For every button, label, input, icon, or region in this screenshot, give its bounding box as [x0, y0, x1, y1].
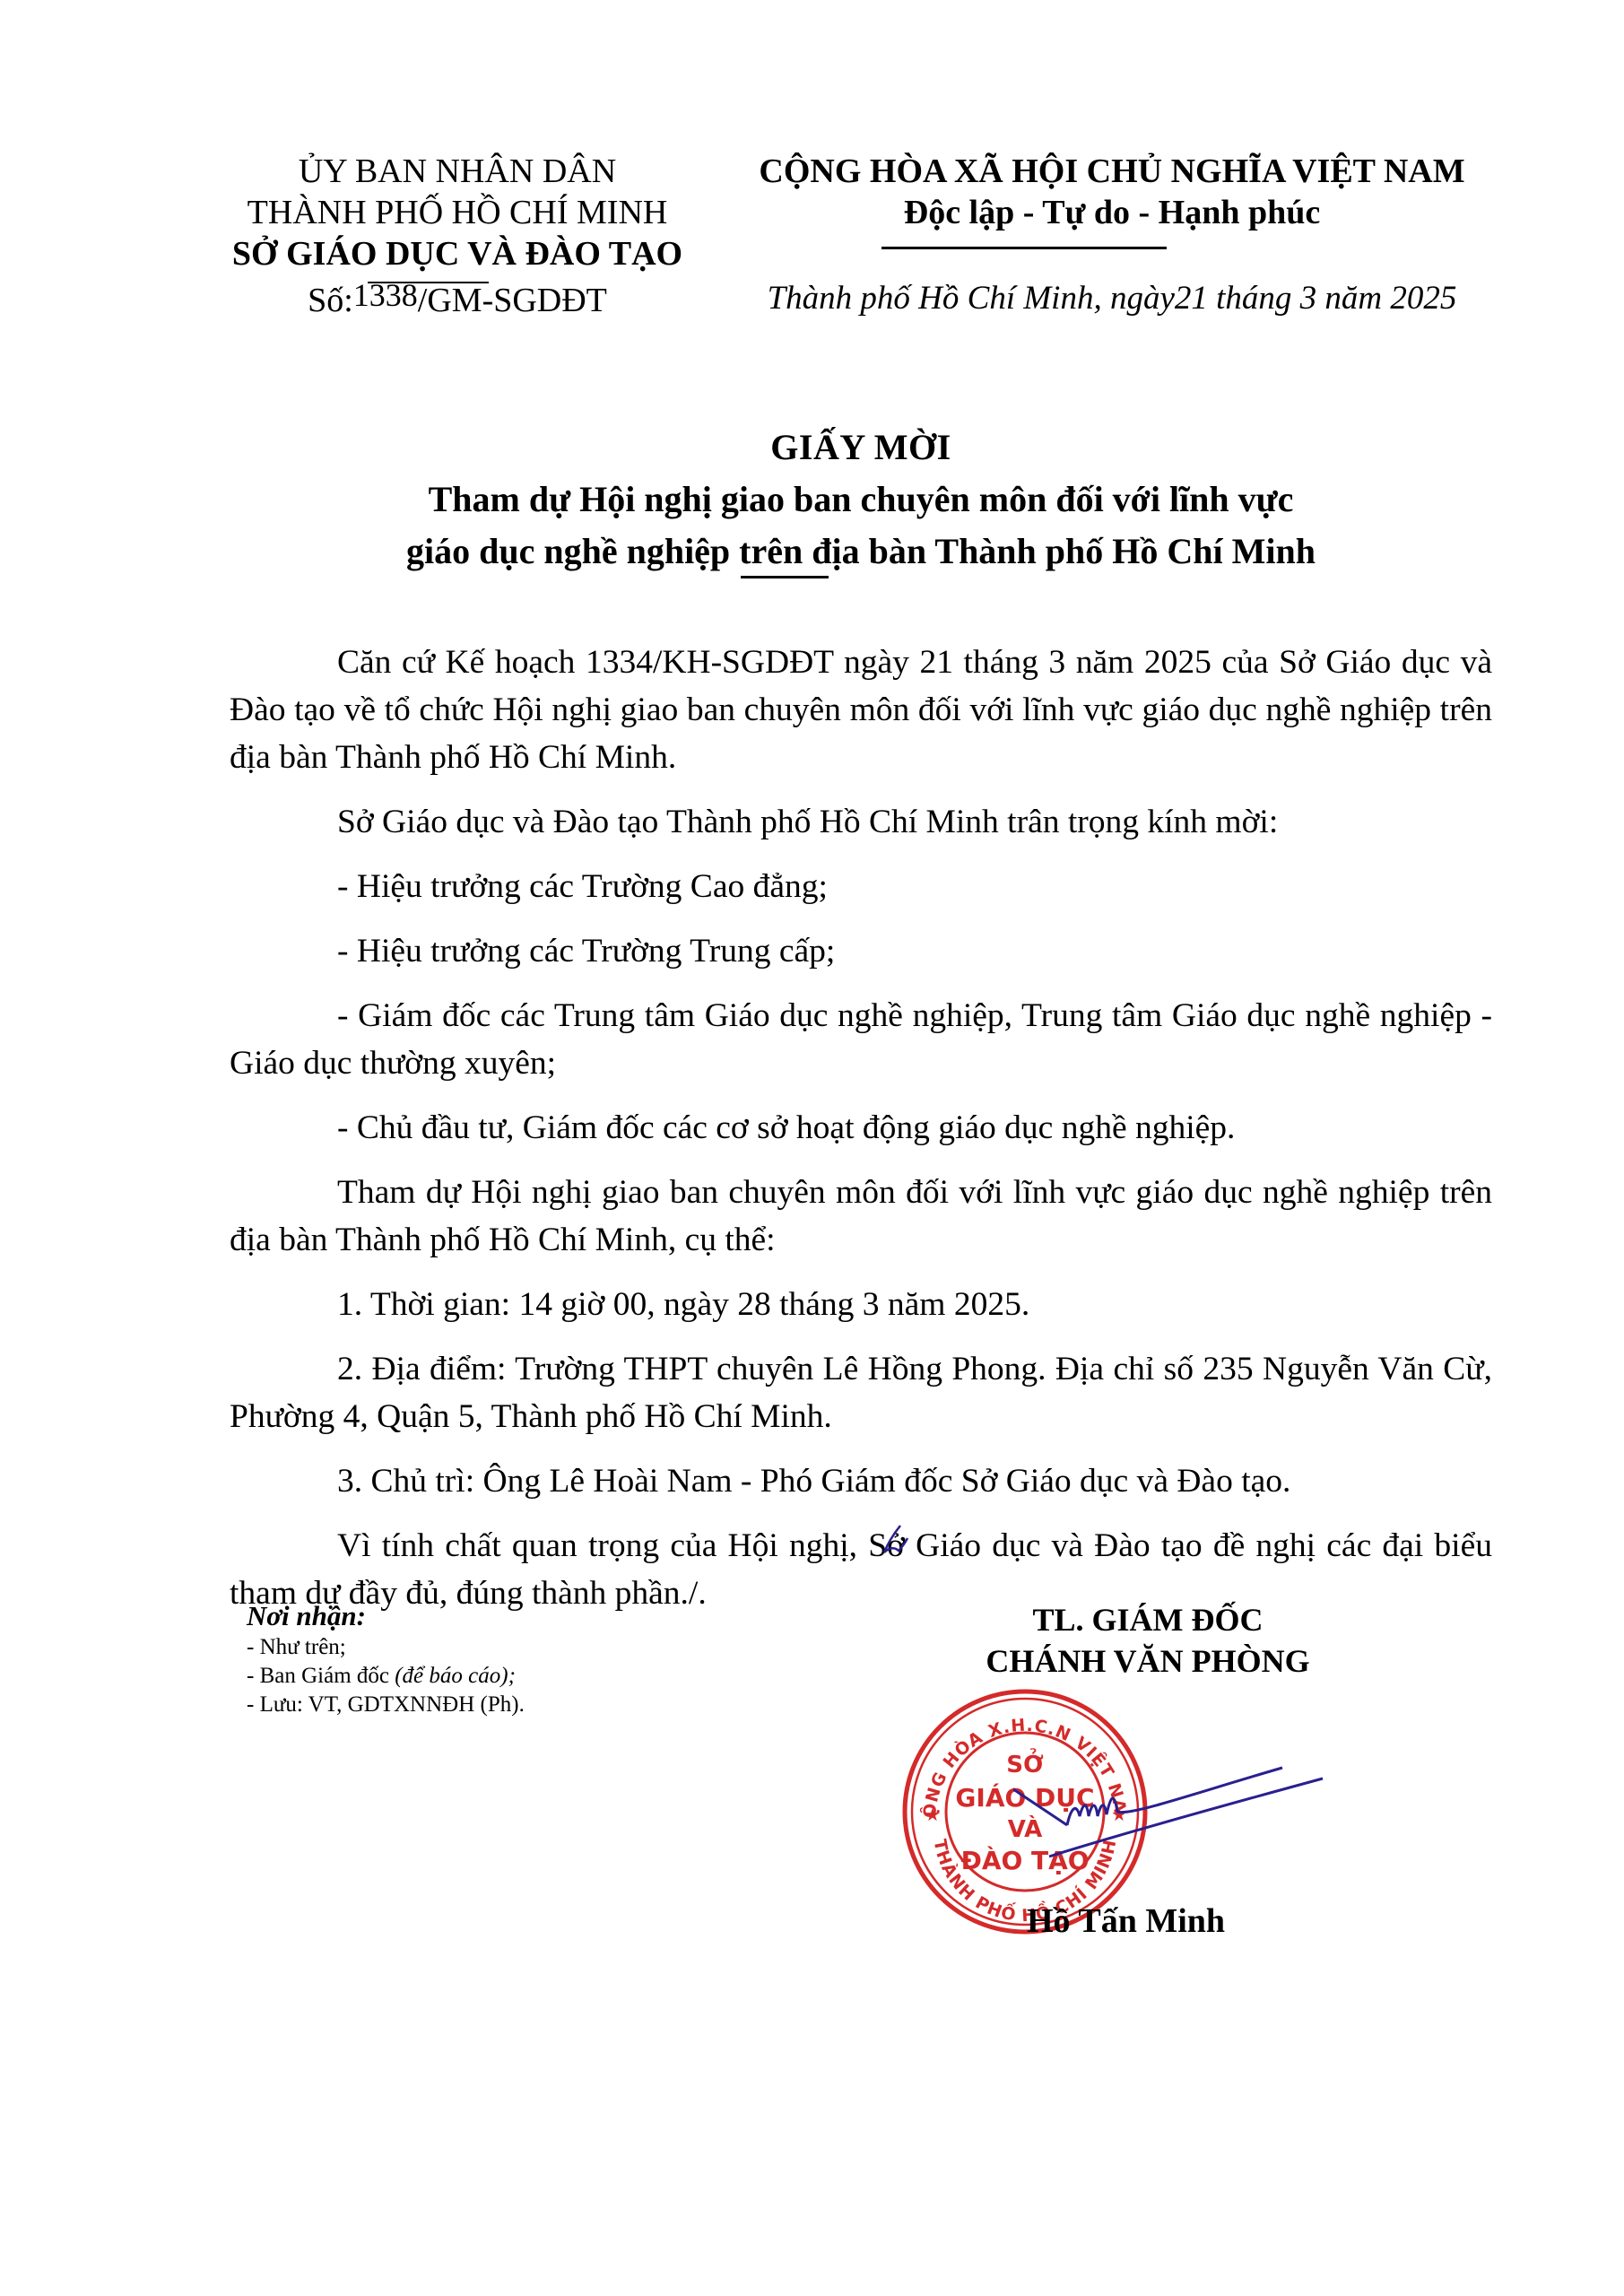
motto-underline — [881, 247, 1167, 249]
invitee-item: - Hiệu trưởng các Trường Trung cấp; — [230, 927, 1492, 975]
signatory-role-1: TL. GIÁM ĐỐC — [897, 1599, 1399, 1640]
purpose-paragraph: Tham dự Hội nghị giao ban chuyên môn đối… — [230, 1169, 1492, 1264]
document-title: GIẤY MỜI — [215, 422, 1507, 474]
national-motto-block: CỘNG HÒA XÃ HỘI CHỦ NGHĨA VIỆT NAM Độc l… — [717, 151, 1507, 319]
document-subtitle-line-2: giáo dục nghề nghiệp trên địa bàn Thành … — [215, 526, 1507, 578]
detail-location: 2. Địa điểm: Trường THPT chuyên Lê Hồng … — [230, 1345, 1492, 1440]
signatory-role-2: CHÁNH VĂN PHÒNG — [897, 1640, 1399, 1682]
svg-text:★: ★ — [925, 1804, 941, 1825]
signer-name: Hồ Tấn Minh — [1027, 1901, 1225, 1941]
invitee-item: - Chủ đầu tư, Giám đốc các cơ sở hoạt độ… — [230, 1104, 1492, 1152]
document-subtitle-line-1: Tham dự Hội nghị giao ban chuyên môn đối… — [215, 474, 1507, 526]
recipients-block: Nơi nhận: - Như trên; - Ban Giám đốc (để… — [247, 1599, 713, 1719]
recipient-text: - Lưu: VT, GDTXNNĐH (Ph). — [247, 1692, 525, 1717]
initial-mark-icon — [877, 1520, 913, 1556]
invitee-item: - Hiệu trưởng các Trường Cao đẳng; — [230, 863, 1492, 910]
document-number: Số:1338/GM-SGDĐT — [206, 280, 708, 321]
issuing-authority-block: ỦY BAN NHÂN DÂN THÀNH PHỐ HỒ CHÍ MINH SỞ… — [206, 151, 708, 321]
handwritten-signature-icon — [1013, 1762, 1336, 1861]
recipient-item: - Lưu: VT, GDTXNNĐH (Ph). — [247, 1691, 713, 1719]
document-body: Căn cứ Kế hoạch 1334/KH-SGDĐT ngày 21 th… — [230, 639, 1492, 1634]
authority-underline — [368, 282, 489, 283]
place-and-date: Thành phố Hồ Chí Minh, ngày21 tháng 3 nă… — [717, 278, 1507, 319]
detail-chair: 3. Chủ trì: Ông Lê Hoài Nam - Phó Giám đ… — [230, 1457, 1492, 1505]
recipient-note: (để báo cáo); — [395, 1664, 516, 1688]
recipient-text: - Như trên; — [247, 1635, 346, 1659]
signatory-role-block: TL. GIÁM ĐỐC CHÁNH VĂN PHÒNG — [897, 1599, 1399, 1682]
document-title-block: GIẤY MỜI Tham dự Hội nghị giao ban chuyê… — [215, 422, 1507, 578]
authority-line-1: ỦY BAN NHÂN DÂN — [206, 151, 708, 192]
invitation-paragraph: Sở Giáo dục và Đào tạo Thành phố Hồ Chí … — [230, 798, 1492, 846]
legal-basis-paragraph: Căn cứ Kế hoạch 1334/KH-SGDĐT ngày 21 th… — [230, 639, 1492, 781]
authority-line-2: THÀNH PHỐ HỒ CHÍ MINH — [206, 192, 708, 233]
invitee-item: - Giám đốc các Trung tâm Giáo dục nghề n… — [230, 992, 1492, 1087]
national-motto: Độc lập - Tự do - Hạnh phúc — [717, 192, 1507, 233]
country-name: CỘNG HÒA XÃ HỘI CHỦ NGHĨA VIỆT NAM — [717, 151, 1507, 192]
title-underline — [741, 576, 829, 578]
document-number-prefix: Số: — [308, 282, 353, 319]
recipients-title: Nơi nhận: — [247, 1599, 713, 1633]
recipient-text: - Ban Giám đốc — [247, 1664, 395, 1688]
detail-time: 1. Thời gian: 14 giờ 00, ngày 28 tháng 3… — [230, 1281, 1492, 1328]
document-number-suffix: /GM-SGDĐT — [418, 282, 607, 319]
authority-line-3: SỞ GIÁO DỤC VÀ ĐÀO TẠO — [206, 233, 708, 274]
recipient-item: - Như trên; — [247, 1633, 713, 1662]
recipient-item: - Ban Giám đốc (để báo cáo); — [247, 1662, 713, 1691]
